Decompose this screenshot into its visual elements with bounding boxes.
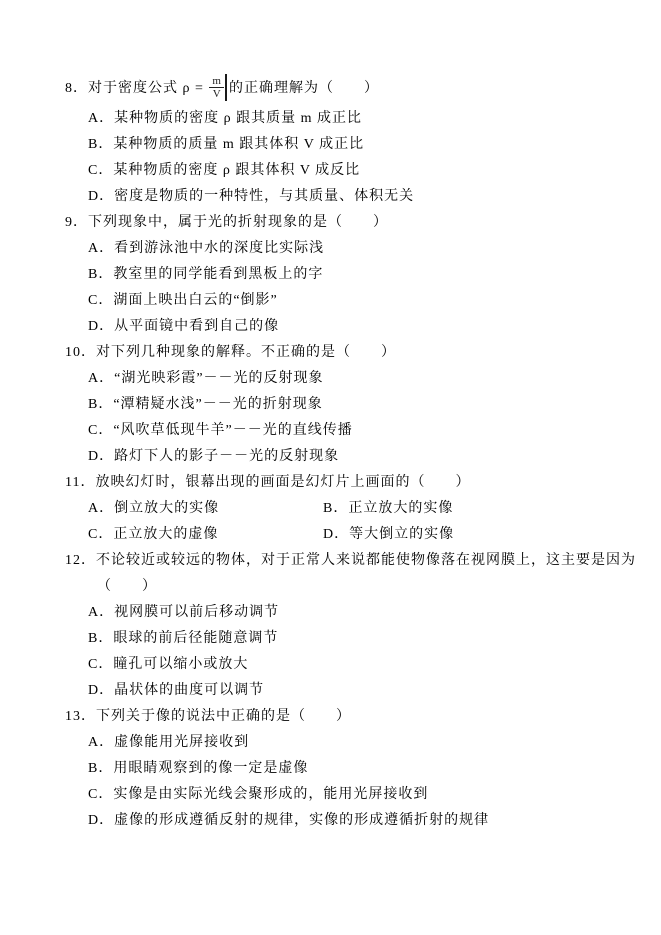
question-number: 10．	[65, 345, 96, 360]
option-A: A．视网膜可以前后移动调节	[88, 600, 635, 626]
option-text: “湖光映彩霞”－－光的反射现象	[114, 371, 323, 386]
option-D: D．从平面镜中看到自己的像	[88, 314, 635, 340]
option-text: 正立放大的虚像	[113, 527, 218, 542]
option-B: B．某种物质的质量 m 跟其体积 V 成正比	[88, 132, 635, 158]
option-label: B．	[323, 501, 348, 516]
question-number: 11．	[65, 475, 95, 490]
question-number: 13．	[65, 709, 96, 724]
option-text: 倒立放大的实像	[114, 501, 219, 516]
option-text: 用眼睛观察到的像一定是虚像	[113, 761, 308, 776]
option-label: A．	[88, 241, 114, 256]
option-label: A．	[88, 605, 114, 620]
question-stem-continued: （ ）	[97, 574, 635, 600]
stem-text: 放映幻灯时，银幕出现的画面是幻灯片上画面的（ ）	[95, 475, 470, 490]
option-label: C．	[88, 527, 113, 542]
option-text: 密度是物质的一种特性，与其质量、体积无关	[114, 189, 414, 204]
option-text: 正立放大的实像	[348, 501, 453, 516]
option-text: 虚像能用光屏接收到	[114, 735, 249, 750]
question-stem: 10．对下列几种现象的解释。不正确的是（ ）	[65, 340, 635, 366]
option-label: B．	[88, 631, 113, 646]
stem-text: 不论较近或较远的物体，对于正常人来说都能使物像落在视网膜上，这主要是因为	[96, 553, 636, 568]
question-number: 8．	[65, 81, 88, 96]
options-list: A．看到游泳池中水的深度比实际浅B．教室里的同学能看到黑板上的字C．湖面上映出白…	[88, 236, 635, 340]
option-D: D．等大倒立的实像	[323, 522, 635, 548]
density-formula-fraction: mV	[209, 75, 224, 101]
option-text: 某种物质的质量 m 跟其体积 V 成正比	[113, 137, 364, 152]
option-text: 湖面上映出白云的“倒影”	[113, 293, 277, 308]
option-label: C．	[88, 787, 113, 802]
option-text: 瞳孔可以缩小或放大	[113, 657, 248, 672]
option-text: 从平面镜中看到自己的像	[114, 319, 279, 334]
option-B: B．教室里的同学能看到黑板上的字	[88, 262, 635, 288]
option-C: C．湖面上映出白云的“倒影”	[88, 288, 635, 314]
option-A: A．看到游泳池中水的深度比实际浅	[88, 236, 635, 262]
option-label: A．	[88, 735, 114, 750]
option-label: D．	[88, 449, 114, 464]
option-text: 某种物质的密度 ρ 跟其体积 V 成反比	[113, 163, 360, 178]
formula-numerator: m	[209, 75, 224, 89]
question-stem: 8．对于密度公式 ρ = mV的正确理解为（ ）	[65, 72, 635, 106]
option-A: A．“湖光映彩霞”－－光的反射现象	[88, 366, 635, 392]
options-list: A．“湖光映彩霞”－－光的反射现象B．“潭精疑水浅”－－光的折射现象C．“风吹草…	[88, 366, 635, 470]
option-text: 晶状体的曲度可以调节	[114, 683, 264, 698]
option-D: D．路灯下人的影子－－光的反射现象	[88, 444, 635, 470]
question-10: 10．对下列几种现象的解释。不正确的是（ ）A．“湖光映彩霞”－－光的反射现象B…	[65, 340, 635, 470]
option-label: C．	[88, 163, 113, 178]
option-B: B．“潭精疑水浅”－－光的折射现象	[88, 392, 635, 418]
option-label: B．	[88, 397, 113, 412]
question-number: 9．	[65, 215, 88, 230]
option-text: 路灯下人的影子－－光的反射现象	[114, 449, 339, 464]
option-text: 虚像的形成遵循反射的规律，实像的形成遵循折射的规律	[114, 813, 489, 828]
option-C: C．正立放大的虚像	[88, 522, 323, 548]
question-stem: 11．放映幻灯时，银幕出现的画面是幻灯片上画面的（ ）	[65, 470, 635, 496]
option-A: A．某种物质的密度 ρ 跟其质量 m 成正比	[88, 106, 635, 132]
text-cursor	[225, 74, 227, 101]
question-list: 8．对于密度公式 ρ = mV的正确理解为（ ）A．某种物质的密度 ρ 跟其质量…	[65, 72, 635, 834]
option-label: D．	[88, 189, 114, 204]
option-text: 实像是由实际光线会聚形成的，能用光屏接收到	[113, 787, 428, 802]
stem-text: 下列现象中，属于光的折射现象的是（ ）	[88, 215, 388, 230]
stem-text: 下列关于像的说法中正确的是（ ）	[96, 709, 351, 724]
question-9: 9．下列现象中，属于光的折射现象的是（ ）A．看到游泳池中水的深度比实际浅B．教…	[65, 210, 635, 340]
option-text: 眼球的前后径能随意调节	[113, 631, 278, 646]
document-page: 8．对于密度公式 ρ = mV的正确理解为（ ）A．某种物质的密度 ρ 跟其质量…	[0, 0, 661, 935]
option-label: B．	[88, 137, 113, 152]
answer-blank-parentheses: （ ）	[97, 579, 157, 594]
option-label: A．	[88, 111, 114, 126]
option-B: B．正立放大的实像	[323, 496, 635, 522]
option-label: C．	[88, 657, 113, 672]
option-C: C．某种物质的密度 ρ 跟其体积 V 成反比	[88, 158, 635, 184]
option-text: 教室里的同学能看到黑板上的字	[113, 267, 323, 282]
option-text: “潭精疑水浅”－－光的折射现象	[113, 397, 322, 412]
question-stem: 12．不论较近或较远的物体，对于正常人来说都能使物像落在视网膜上，这主要是因为	[65, 548, 635, 574]
option-A: A．虚像能用光屏接收到	[88, 730, 635, 756]
option-C: C．“风吹草低现牛羊”－－光的直线传播	[88, 418, 635, 444]
options-list: A．虚像能用光屏接收到B．用眼睛观察到的像一定是虚像C．实像是由实际光线会聚形成…	[88, 730, 635, 834]
option-label: D．	[88, 319, 114, 334]
option-text: “风吹草低现牛羊”－－光的直线传播	[113, 423, 352, 438]
option-label: A．	[88, 371, 114, 386]
stem-text: 对下列几种现象的解释。不正确的是（ ）	[96, 345, 396, 360]
question-13: 13．下列关于像的说法中正确的是（ ）A．虚像能用光屏接收到B．用眼睛观察到的像…	[65, 704, 635, 834]
option-D: D．虚像的形成遵循反射的规律，实像的形成遵循折射的规律	[88, 808, 635, 834]
option-B: B．用眼睛观察到的像一定是虚像	[88, 756, 635, 782]
option-B: B．眼球的前后径能随意调节	[88, 626, 635, 652]
option-text: 看到游泳池中水的深度比实际浅	[114, 241, 324, 256]
question-11: 11．放映幻灯时，银幕出现的画面是幻灯片上画面的（ ）A．倒立放大的实像B．正立…	[65, 470, 635, 548]
option-D: D．晶状体的曲度可以调节	[88, 678, 635, 704]
option-D: D．密度是物质的一种特性，与其质量、体积无关	[88, 184, 635, 210]
question-number: 12．	[65, 553, 96, 568]
option-text: 某种物质的密度 ρ 跟其质量 m 成正比	[114, 111, 362, 126]
options-list: A．倒立放大的实像B．正立放大的实像C．正立放大的虚像D．等大倒立的实像	[88, 496, 635, 548]
option-label: A．	[88, 501, 114, 516]
option-C: C．瞳孔可以缩小或放大	[88, 652, 635, 678]
option-text: 等大倒立的实像	[349, 527, 454, 542]
question-8: 8．对于密度公式 ρ = mV的正确理解为（ ）A．某种物质的密度 ρ 跟其质量…	[65, 72, 635, 210]
option-label: D．	[88, 683, 114, 698]
option-label: D．	[88, 813, 114, 828]
options-list: A．视网膜可以前后移动调节B．眼球的前后径能随意调节C．瞳孔可以缩小或放大D．晶…	[88, 600, 635, 704]
question-stem: 9．下列现象中，属于光的折射现象的是（ ）	[65, 210, 635, 236]
option-A: A．倒立放大的实像	[88, 496, 323, 522]
option-label: D．	[323, 527, 349, 542]
option-label: C．	[88, 293, 113, 308]
stem-text-after-formula: 的正确理解为（ ）	[229, 81, 379, 96]
option-text: 视网膜可以前后移动调节	[114, 605, 279, 620]
option-label: C．	[88, 423, 113, 438]
options-list: A．某种物质的密度 ρ 跟其质量 m 成正比B．某种物质的质量 m 跟其体积 V…	[88, 106, 635, 210]
stem-text-before-formula: 对于密度公式 ρ =	[88, 81, 208, 96]
formula-denominator: V	[209, 88, 224, 101]
option-label: B．	[88, 267, 113, 282]
question-stem: 13．下列关于像的说法中正确的是（ ）	[65, 704, 635, 730]
option-C: C．实像是由实际光线会聚形成的，能用光屏接收到	[88, 782, 635, 808]
option-label: B．	[88, 761, 113, 776]
question-12: 12．不论较近或较远的物体，对于正常人来说都能使物像落在视网膜上，这主要是因为（…	[65, 548, 635, 704]
